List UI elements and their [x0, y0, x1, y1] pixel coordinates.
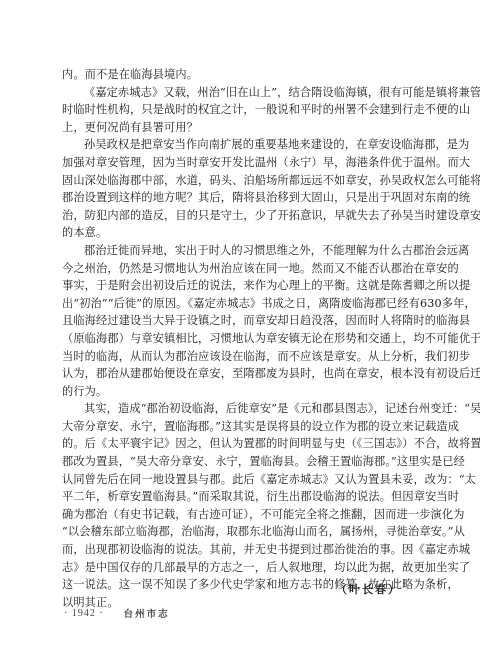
text-line: 而，出现郡初设临海的说法。其前，并无史书提到过郡治徙治的事。因《嘉定赤城	[62, 541, 418, 559]
paragraph: 其实，造成“郡治初设临海，后徙章安”是《元和郡县图志》，记述台州变迁：“吴大帝分…	[62, 400, 418, 611]
text-line: 时临时性机构，只是战时的权宜之计，一般说和平时的州署不会建到行走不便的山	[62, 101, 418, 119]
text-line: 大帝分章安、永宁，置临海郡。”这其实是误将县的设立作为郡的设立来记载造成	[62, 418, 418, 436]
paragraph: 《嘉定赤城志》又载，州治“旧在山上”，结合隋设临海镇，很有可能是镇将兼管时临时性…	[62, 84, 418, 137]
text-line: 郡治迁徙而异地，实出于时人的习惯思维之外，不能理解为什么古郡治会远离	[62, 242, 418, 260]
text-line: 其实，造成“郡治初设临海，后徙章安”是《元和郡县图志》，记述台州变迁：“吴	[62, 400, 418, 418]
paragraph: 郡治迁徙而异地，实出于时人的习惯思维之外，不能理解为什么古郡治会远离今之州治，仍…	[62, 242, 418, 400]
text-line: 志》是中国仅存的几部最早的方志之一，后人叙地理，均以此为据，故更加坐实了	[62, 559, 418, 577]
text-line: 内。而不是在临海县境内。	[62, 66, 418, 84]
text-line: （原临海郡）与章安镇相比，习惯地认为章安镇无论在形势和交通上，均不可能优于	[62, 330, 418, 348]
text-line: 确为郡治（有史书记载，有古迹可证），不可能完全将之推翻，因而进一步演化为	[62, 506, 418, 524]
page-footer: · 1942 · 台州市志	[64, 606, 170, 620]
text-line: 的。后《太平寰宇记》因之，但认为置郡的时间明显与史（《三国志》）不合，故将置	[62, 435, 418, 453]
text-line: 治，防犯内部的造反，目的只是守土，少了开拓意识，早就失去了孙吴当时建设章安	[62, 207, 418, 225]
text-line: 郡改为置县，“吴大帝分章安、永宁，置临海县。会稽王置临海郡。”这里实是已经	[62, 453, 418, 471]
text-line: 加强对章安管理，因为当时章安开发比温州（永宁）早，海港条件优于温州。而大	[62, 154, 418, 172]
text-line: 的本意。	[62, 224, 418, 242]
text-line: 认为，郡治从建郡始便设在章安，至隋郡废为县时，也尚在章安，根本没有初设后迁	[62, 365, 418, 383]
text-line: 郡治设置到这样的地方呢？其后，隋将县治移到大固山，只是出于巩固对东南的统	[62, 189, 418, 207]
text-line: 固山深处临海郡中部，水道，码头、泊船场所都远远不如章安，孙吴政权怎么可能将	[62, 172, 418, 190]
paragraph: 孙吴政权是把章安当作向南扩展的重要基地来建设的，在章安设临海郡，是为加强对章安管…	[62, 136, 418, 242]
text-line: 今之州治，仍然是习惯地认为州治应该在同一地。然而又不能否认郡治在章安的	[62, 260, 418, 278]
document-body: 内。而不是在临海县境内。《嘉定赤城志》又载，州治“旧在山上”，结合隋设临海镇，很…	[62, 66, 418, 611]
text-line: 事实，于是附会出初设后迁的说法，来作为心理上的平衡。这就是陈耆卿之所以提	[62, 277, 418, 295]
page-number: · 1942 ·	[64, 608, 104, 619]
text-line: “以会稽东部立临海郡，治临海，取郡东北临海山而名，属扬州，寻徙治章安。”从	[62, 523, 418, 541]
text-line: 平二年，析章安置临海县。”而采取其说，衍生出郡设临海的说法。但因章安当时	[62, 488, 418, 506]
text-line: 《嘉定赤城志》又载，州治“旧在山上”，结合隋设临海镇，很有可能是镇将兼管	[62, 84, 418, 102]
text-line: 上，更何况尚有县署可用？	[62, 119, 418, 137]
text-line: 当时的临海，从而认为郡治应该设在临海，而不应该是章安。从上分析，我们初步	[62, 348, 418, 366]
text-line: 的行为。	[62, 383, 418, 401]
text-line: 且临海经过建设当大异于设镇之时，而章安却日趋没落，因而时人将隋时的临海县	[62, 312, 418, 330]
paragraph: 内。而不是在临海县境内。	[62, 66, 418, 84]
text-line: 孙吴政权是把章安当作向南扩展的重要基地来建设的，在章安设临海郡，是为	[62, 136, 418, 154]
text-line: 出“初治”“后徙”的原因。《嘉定赤城志》书成之日，离隋废临海郡已经有630多年，	[62, 295, 418, 313]
author-signature: （叶长春）	[336, 581, 401, 597]
text-line: 认同曾先后在同一地设置县与郡。此后《嘉定赤城志》又认为置县未妥，改为：“太	[62, 471, 418, 489]
book-title: 台州市志	[124, 606, 170, 620]
